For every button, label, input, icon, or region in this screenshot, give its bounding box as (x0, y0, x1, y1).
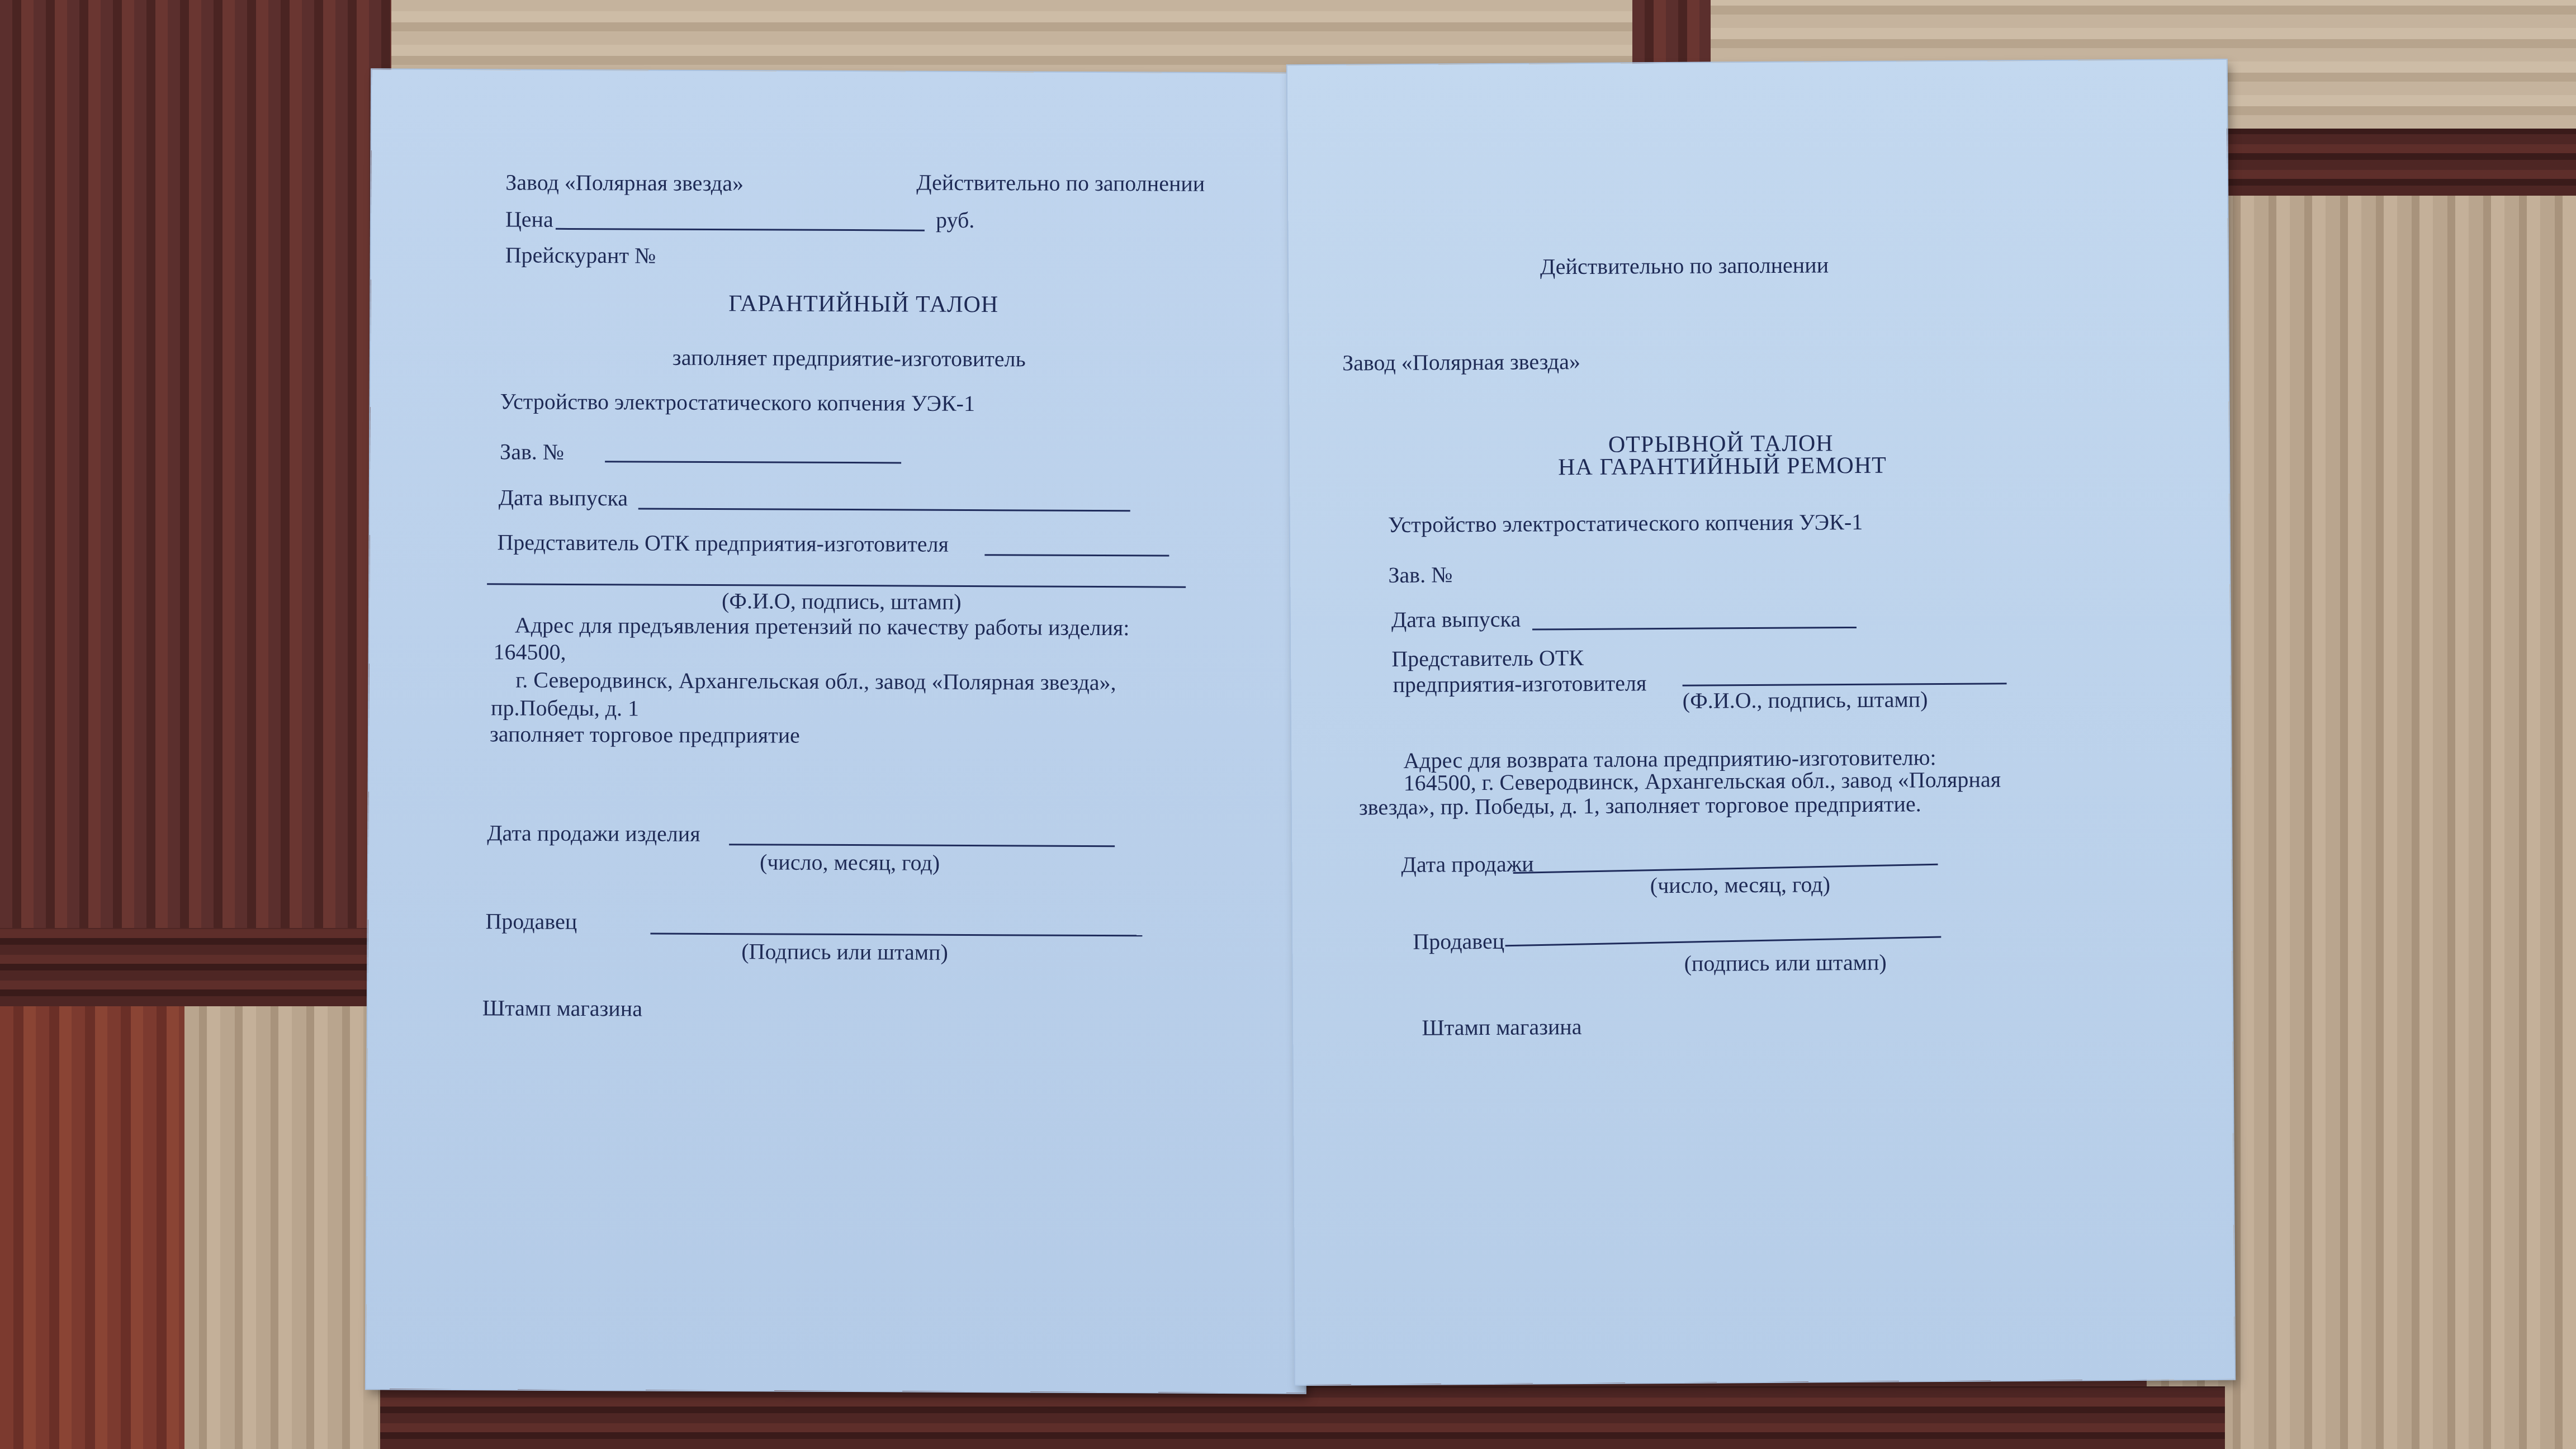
factory-name: Завод «Полярная звезда» (1342, 349, 1580, 376)
wood-floor-red-left (0, 1006, 184, 1449)
wood-floor-light-bottom-left (184, 1006, 386, 1449)
factory-name: Завод «Полярная звезда» (505, 169, 744, 196)
sale-date-caption: (число, месяц, год) (760, 849, 940, 875)
valid-note: Действительно по заполнении (916, 170, 1205, 197)
seller-field[interactable] (650, 933, 1142, 937)
release-date-field[interactable] (638, 508, 1130, 512)
otk-caption: (Ф.И.О, подпись, штамп) (722, 588, 962, 615)
pricelist-label: Прейскурант № (505, 242, 656, 268)
device-name: Устройство электростатического копчения … (500, 389, 975, 416)
release-date-label: Дата выпуска (1391, 607, 1521, 633)
tear-off-coupon-page: Действительно по заполнении Завод «Поляр… (1287, 60, 2234, 1385)
seller-field[interactable] (1505, 936, 1941, 947)
postcode: 164500, (494, 639, 566, 665)
wood-floor-dark-bottom (380, 1386, 2225, 1449)
release-date-field[interactable] (1532, 627, 1857, 631)
price-unit: руб. (936, 207, 974, 233)
price-label: Цена (505, 206, 553, 232)
serial-field[interactable] (605, 461, 901, 463)
seller-label: Продавец (485, 908, 577, 935)
seller-caption: (Подпись или штамп) (741, 939, 948, 965)
claims-address-intro: Адрес для предъявления претензий по каче… (515, 612, 1130, 641)
page-title: ГАРАНТИЙНЫЙ ТАЛОН (728, 290, 998, 318)
filled-by-retailer: заполняет торговое предприятие (490, 721, 800, 748)
price-field[interactable] (556, 228, 925, 231)
otk-rep-field-line2[interactable] (487, 583, 1186, 588)
otk-rep-line1: Представитель ОТК (1391, 645, 1584, 672)
serial-label: Зав. № (500, 439, 564, 465)
store-stamp: Штамп магазина (1422, 1014, 1581, 1041)
store-stamp: Штамп магазина (482, 995, 642, 1021)
seller-label: Продавец (1413, 929, 1504, 955)
otk-rep-label: Представитель ОТК предприятия-изготовите… (497, 529, 949, 557)
return-address-line3: звезда», пр. Победы, д. 1, заполняет тор… (1359, 791, 1921, 820)
page-title-line2: НА ГАРАНТИЙНЫЙ РЕМОНТ (1558, 452, 1887, 481)
sale-date-label: Дата продажи изделия (487, 820, 700, 847)
serial-label: Зав. № (1388, 562, 1452, 588)
warranty-card-page: Завод «Полярная звезда» Действительно по… (366, 69, 1311, 1393)
address-line: г. Северодвинск, Архангельская обл., зав… (515, 667, 1116, 695)
valid-note: Действительно по заполнении (1540, 252, 1829, 280)
wood-floor-dark-strip-left (0, 928, 380, 1006)
sale-date-field[interactable] (729, 844, 1115, 847)
street: пр.Победы, д. 1 (491, 695, 639, 721)
sale-date-caption: (число, месяц, год) (1650, 872, 1830, 898)
filled-by-manufacturer: заполняет предприятие-изготовитель (673, 345, 1026, 372)
device-name: Устройство электростатического копчения … (1388, 509, 1863, 538)
otk-rep-line2: предприятия-изготовителя (1393, 670, 1646, 698)
release-date-label: Дата выпуска (499, 485, 628, 511)
otk-rep-field[interactable] (984, 554, 1169, 556)
wood-floor-dark-left (0, 0, 391, 928)
seller-caption: (подпись или штамп) (1684, 950, 1886, 977)
otk-caption: (Ф.И.О., подпись, штамп) (1683, 686, 1928, 714)
otk-rep-field[interactable] (1683, 683, 2007, 686)
